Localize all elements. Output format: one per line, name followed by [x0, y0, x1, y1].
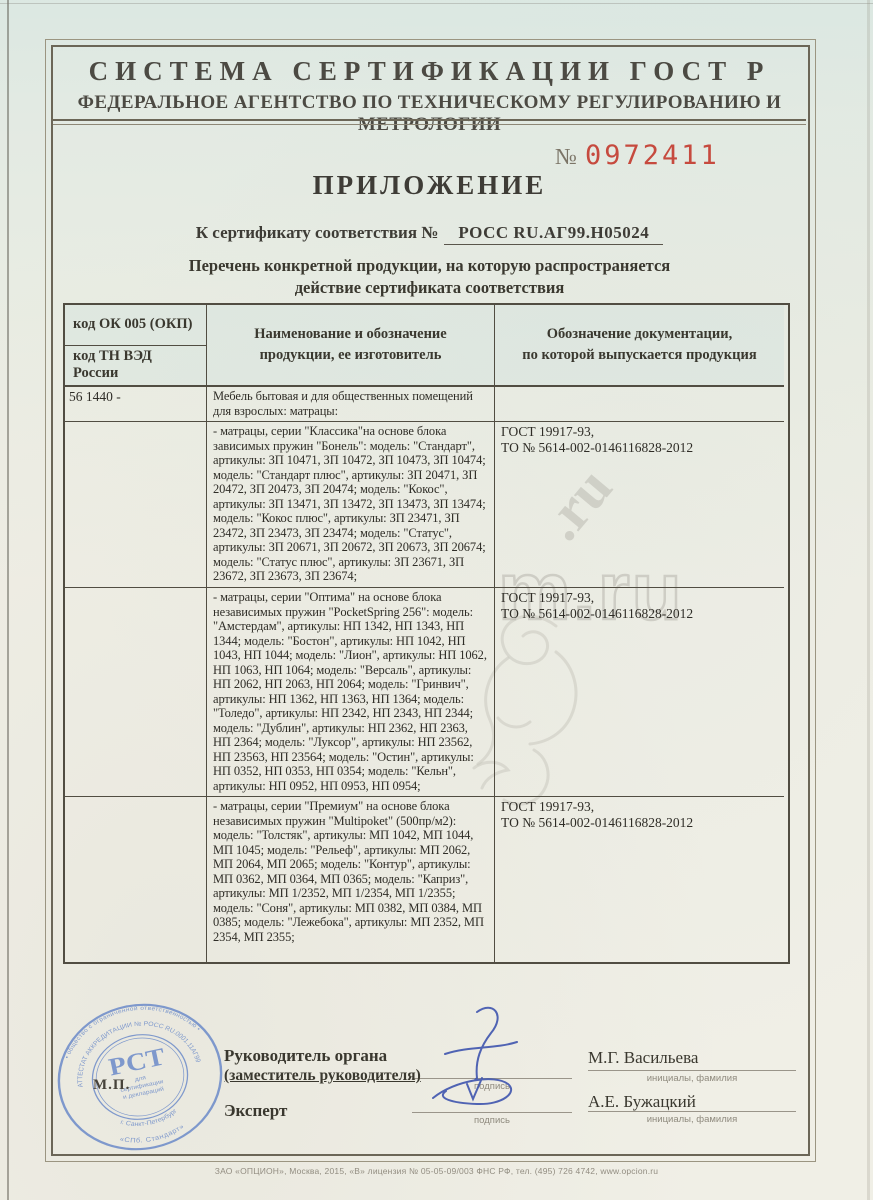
header-okp-code: код ОК 005 (ОКП) — [65, 305, 206, 346]
certificate-appendix-page: .ru m.ru СИСТЕМА СЕРТИФИКАЦИИ ГОСТ Р ФЕД… — [0, 0, 873, 1200]
table-row-docs: ГОСТ 19917-93, ТО № 5614-002-0146116828-… — [495, 588, 784, 797]
certificate-number: РОСС RU.АГ99.Н05024 — [444, 223, 663, 245]
agency-subtitle: ФЕДЕРАЛЬНОЕ АГЕНТСТВО ПО ТЕХНИЧЕСКОМУ РЕ… — [53, 92, 806, 136]
scan-edge-right — [867, 0, 870, 1200]
header-tnved-code: код ТН ВЭД России — [65, 346, 206, 386]
table-row-code: 56 1440 - — [65, 387, 207, 422]
name-line-1 — [588, 1070, 796, 1071]
scope-description-line2: действие сертификата соответствия — [53, 277, 806, 299]
deputy-head-label: (заместитель руководителя) — [224, 1067, 421, 1085]
head-of-body-label: Руководитель органа — [224, 1046, 387, 1066]
stamp-place-label: М.П. — [93, 1077, 130, 1094]
signatory-name-1: М.Г. Васильева — [588, 1048, 698, 1068]
printer-imprint: ЗАО «ОПЦИОН», Москва, 2015, «В» лицензия… — [20, 1166, 853, 1176]
table-row-docs: ГОСТ 19917-93, ТО № 5614-002-0146116828-… — [495, 797, 784, 962]
system-title: СИСТЕМА СЕРТИФИКАЦИИ ГОСТ Р — [53, 56, 806, 87]
scan-edge-left — [7, 0, 9, 1200]
table-row-product: - матрацы, серии "Классика"на основе бло… — [207, 422, 495, 588]
table-row-code — [65, 797, 207, 962]
scope-description: Перечень конкретной продукции, на котору… — [53, 255, 806, 299]
handwritten-signatures — [415, 1002, 545, 1117]
blank-number-value: 0972411 — [585, 140, 720, 171]
certificate-reference-line: К сертификату соответствия №РОСС RU.АГ99… — [53, 223, 806, 245]
appendix-title: ПРИЛОЖЕНИЕ — [53, 170, 806, 201]
table-header-docs: Обозначение документации, по которой вып… — [495, 305, 784, 387]
products-table: код ОК 005 (ОКП) код ТН ВЭД России Наиме… — [63, 303, 790, 964]
signatory-name-2: А.Е. Бужацкий — [588, 1092, 696, 1112]
header-rule-thin — [53, 124, 806, 125]
header-rule — [53, 119, 806, 121]
table-row-docs — [495, 387, 784, 422]
table-header-codes: код ОК 005 (ОКП) код ТН ВЭД России — [65, 305, 207, 387]
svg-text:г. Санкт-Петербург: г. Санкт-Петербург — [118, 1107, 181, 1133]
certificate-reference-label: К сертификату соответствия № — [196, 223, 439, 242]
table-row-product: - матрацы, серии "Премиум" на основе бло… — [207, 797, 495, 962]
table-row-docs: ГОСТ 19917-93, ТО № 5614-002-0146116828-… — [495, 422, 784, 588]
table-row-product: - матрацы, серии "Оптима" на основе блок… — [207, 588, 495, 797]
name-caption-1: инициалы, фамилия — [588, 1073, 796, 1084]
table-row-code — [65, 588, 207, 797]
table-header-product: Наименование и обозначение продукции, ее… — [207, 305, 495, 387]
scan-edge-top — [0, 3, 873, 4]
table-row-code — [65, 422, 207, 588]
stamp-city-text: г. Санкт-Петербург — [118, 1107, 181, 1133]
table-row-product: Мебель бытовая и для общественных помеще… — [207, 387, 495, 422]
blank-number: №0972411 — [555, 140, 720, 171]
scope-description-line1: Перечень конкретной продукции, на котору… — [53, 255, 806, 277]
number-sign: № — [555, 144, 577, 169]
name-caption-2: инициалы, фамилия — [588, 1114, 796, 1125]
stamp-rst-logo: РСТ — [106, 1042, 167, 1081]
